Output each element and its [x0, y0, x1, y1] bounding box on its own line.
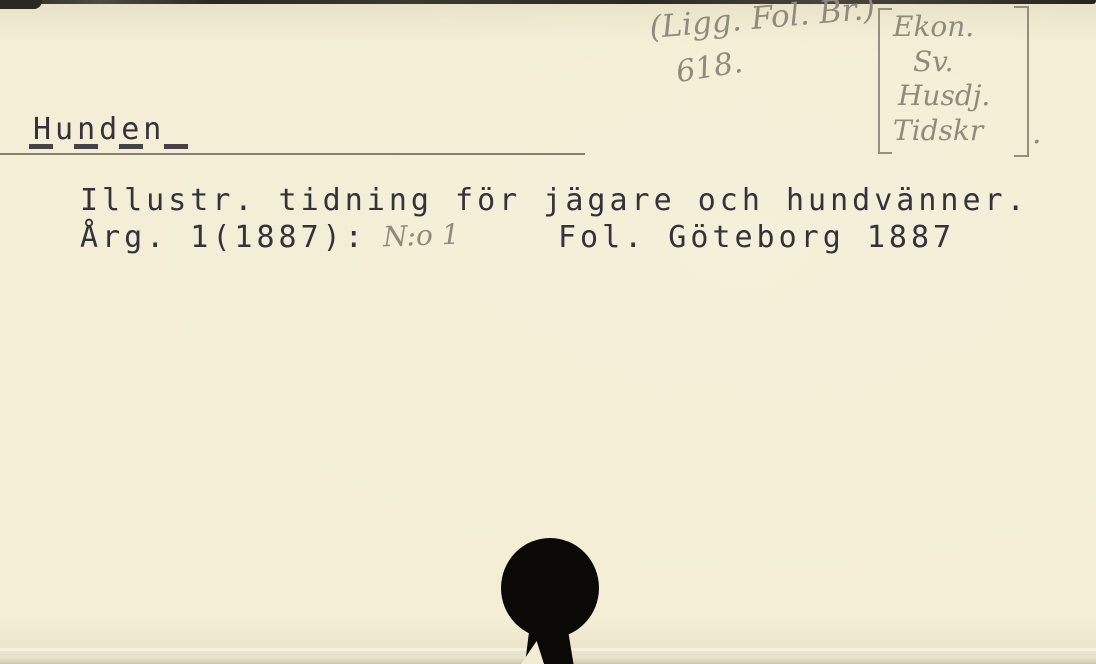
hole-punch — [501, 538, 599, 638]
left-bracket — [878, 8, 892, 154]
heading-rule — [0, 153, 585, 155]
classification-suffix: . — [1032, 118, 1042, 150]
card-heading: Hunden — [33, 113, 165, 146]
classification-line: Sv. — [913, 47, 954, 76]
card-top-edge — [0, 0, 1096, 4]
title-line: Illustr. tidning för jägare och hundvänn… — [80, 184, 1029, 217]
catalog-card: Hunden Illustr. tidning för jägare och h… — [0, 0, 1096, 664]
classification-line: Ekon. — [893, 12, 974, 41]
card-top-edge-corner — [0, 0, 42, 9]
holdings-prefix: Årg. 1(1887): — [80, 221, 367, 254]
holdings-handwritten-number: N:o 1 — [383, 220, 460, 252]
heading-underline-dashes — [29, 144, 189, 149]
classification-line: Tidskr — [893, 116, 983, 145]
right-bracket — [1014, 6, 1029, 157]
imprint-line: Fol. Göteborg 1887 — [558, 221, 955, 254]
annotation-shelf-location: (Ligg. Fol. Br.) — [648, 0, 876, 45]
classification-line: Husdj. — [898, 81, 990, 110]
annotation-shelf-number: 618. — [674, 47, 745, 89]
